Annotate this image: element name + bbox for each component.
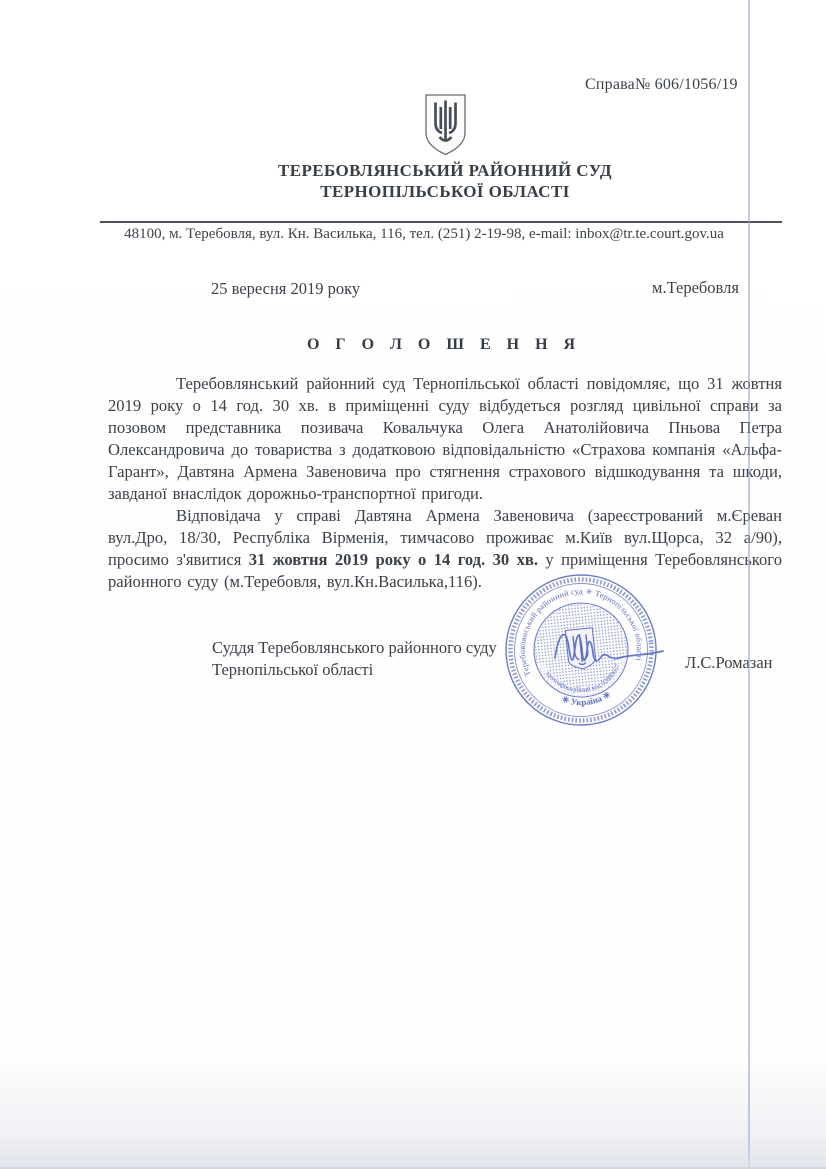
- case-number: Справа№ 606/1056/19: [585, 76, 738, 94]
- court-name-line1: ТЕРЕБОВЛЯНСЬКИЙ РАЙОННИЙ СУД: [100, 160, 790, 181]
- signature-role: Суддя Теребовлянського районного суду Те…: [212, 637, 497, 681]
- signature-name: Л.С.Ромазан: [685, 653, 772, 673]
- document-date: 25 вересня 2019 року: [211, 279, 360, 299]
- letterhead-divider-line: [100, 221, 782, 223]
- scan-artifact-vertical-line: [748, 0, 750, 1169]
- court-name: ТЕРЕБОВЛЯНСЬКИЙ РАЙОННИЙ СУД ТЕРНОПІЛЬСЬ…: [100, 160, 790, 202]
- court-address: 48100, м. Теребовля, вул. Кн. Василька, …: [92, 226, 756, 243]
- ukraine-trident-emblem-icon: [422, 93, 469, 162]
- document-title: О Г О Л О Ш Е Н Н Я: [108, 336, 780, 354]
- signature-role-line2: Тернопільської області: [212, 659, 497, 681]
- scan-artifact-bottom-shadow: [0, 1135, 826, 1169]
- court-name-line2: ТЕРНОПІЛЬСЬКОЇ ОБЛАСТІ: [100, 181, 790, 202]
- document-city: м.Теребовля: [652, 278, 739, 298]
- signature-role-line1: Суддя Теребовлянського районного суду: [212, 637, 497, 659]
- round-court-seal-stamp: Теребовлянський районний суд ✳ Тернопіль…: [481, 550, 681, 750]
- scanned-court-document: Справа№ 606/1056/19 ТЕРЕБОВЛЯНСЬКИЙ РАЙО…: [0, 0, 826, 1169]
- seal-graphic: Теребовлянський районний суд ✳ Тернопіль…: [499, 568, 664, 733]
- paragraph-1: Теребовлянський районний суд Тернопільсь…: [108, 373, 782, 505]
